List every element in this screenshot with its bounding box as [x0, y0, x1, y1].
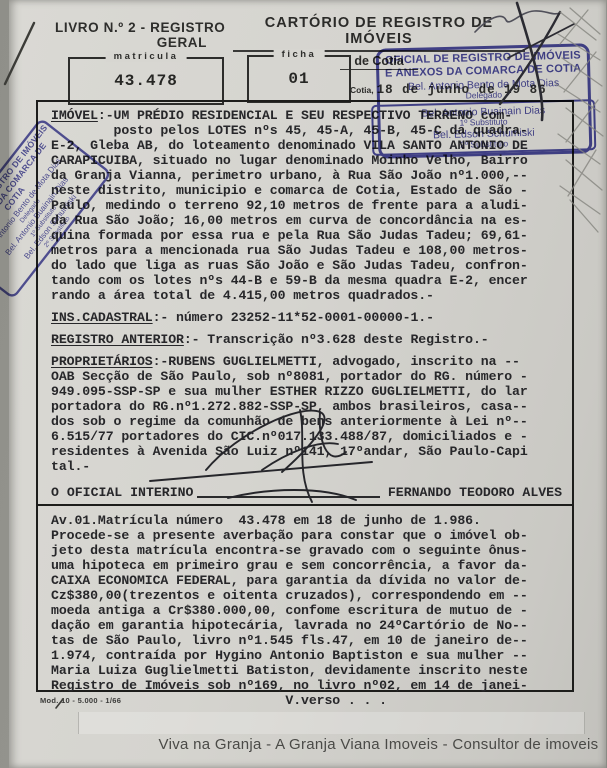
registro-anterior-text: :- Transcrição nº3.628 deste Registro.-: [184, 332, 489, 347]
city-label: Cotia,: [350, 85, 374, 95]
imovel-label: IMÓVEL: [51, 108, 98, 123]
notary-stamp: OFICIAL DE REGISTRO DE IMÓVEIS E ANEXOS …: [376, 43, 593, 159]
registry-record-box: IMÓVEL:-UM PRÉDIO RESIDENCIAL E SEU RESP…: [36, 100, 574, 692]
matricula-field: matricula 43.478: [68, 57, 224, 105]
book-number-heading: LIVRO N.º 2 - REGISTRO GERAL: [55, 20, 235, 50]
section-divider: [38, 504, 572, 506]
cadastral-text: :- número 23252-11*52-0001-00000-1.-: [153, 310, 434, 325]
cadastral-label: INS.CADASTRAL: [51, 310, 153, 325]
averbacao-paragraph: Av.01.Matrícula número 43.478 em 18 de j…: [51, 513, 562, 708]
form-model-number: Mod. 10 - 5.000 - 1/66: [40, 696, 121, 705]
scanned-document-photo: LIVRO N.º 2 - REGISTRO GERAL CARTÓRIO DE…: [0, 0, 607, 768]
watermark-caption: Viva na Granja - A Granja Viana Imoveis …: [150, 736, 607, 753]
registro-anterior-label: REGISTRO ANTERIOR: [51, 332, 184, 347]
stamp-substitutes-box: Bel. Antonio Buainain Dias 1º Substituto…: [371, 99, 596, 156]
book-number-line2: GERAL: [55, 35, 235, 50]
matricula-value: 43.478: [70, 72, 222, 90]
proprietarios-paragraph: PROPRIETÁRIOS:-RUBENS GUGLIELMETTI, advo…: [51, 354, 562, 474]
oficial-signature-row: O OFICIAL INTERINO FERNANDO TEODORO ALVE…: [51, 484, 562, 500]
ficha-field: ficha 01: [247, 55, 351, 103]
oficial-name: FERNANDO TEODORO ALVES: [388, 485, 562, 500]
matricula-label: matricula: [106, 51, 187, 62]
proprietarios-label: PROPRIETÁRIOS: [51, 354, 153, 369]
signature-line: [197, 484, 379, 498]
ficha-value: 01: [249, 70, 349, 88]
book-number-line1: LIVRO N.º 2 - REGISTRO: [55, 20, 235, 35]
registro-anterior-paragraph: REGISTRO ANTERIOR:- Transcrição nº3.628 …: [51, 332, 562, 347]
oficial-label: O OFICIAL INTERINO: [51, 485, 193, 500]
ficha-label: ficha: [274, 49, 325, 60]
proprietarios-text: :-RUBENS GUGLIELMETTI, advogado, inscrit…: [51, 354, 528, 474]
next-page-edge: [78, 712, 585, 734]
cadastral-paragraph: INS.CADASTRAL:- número 23252-11*52-0001-…: [51, 310, 562, 325]
